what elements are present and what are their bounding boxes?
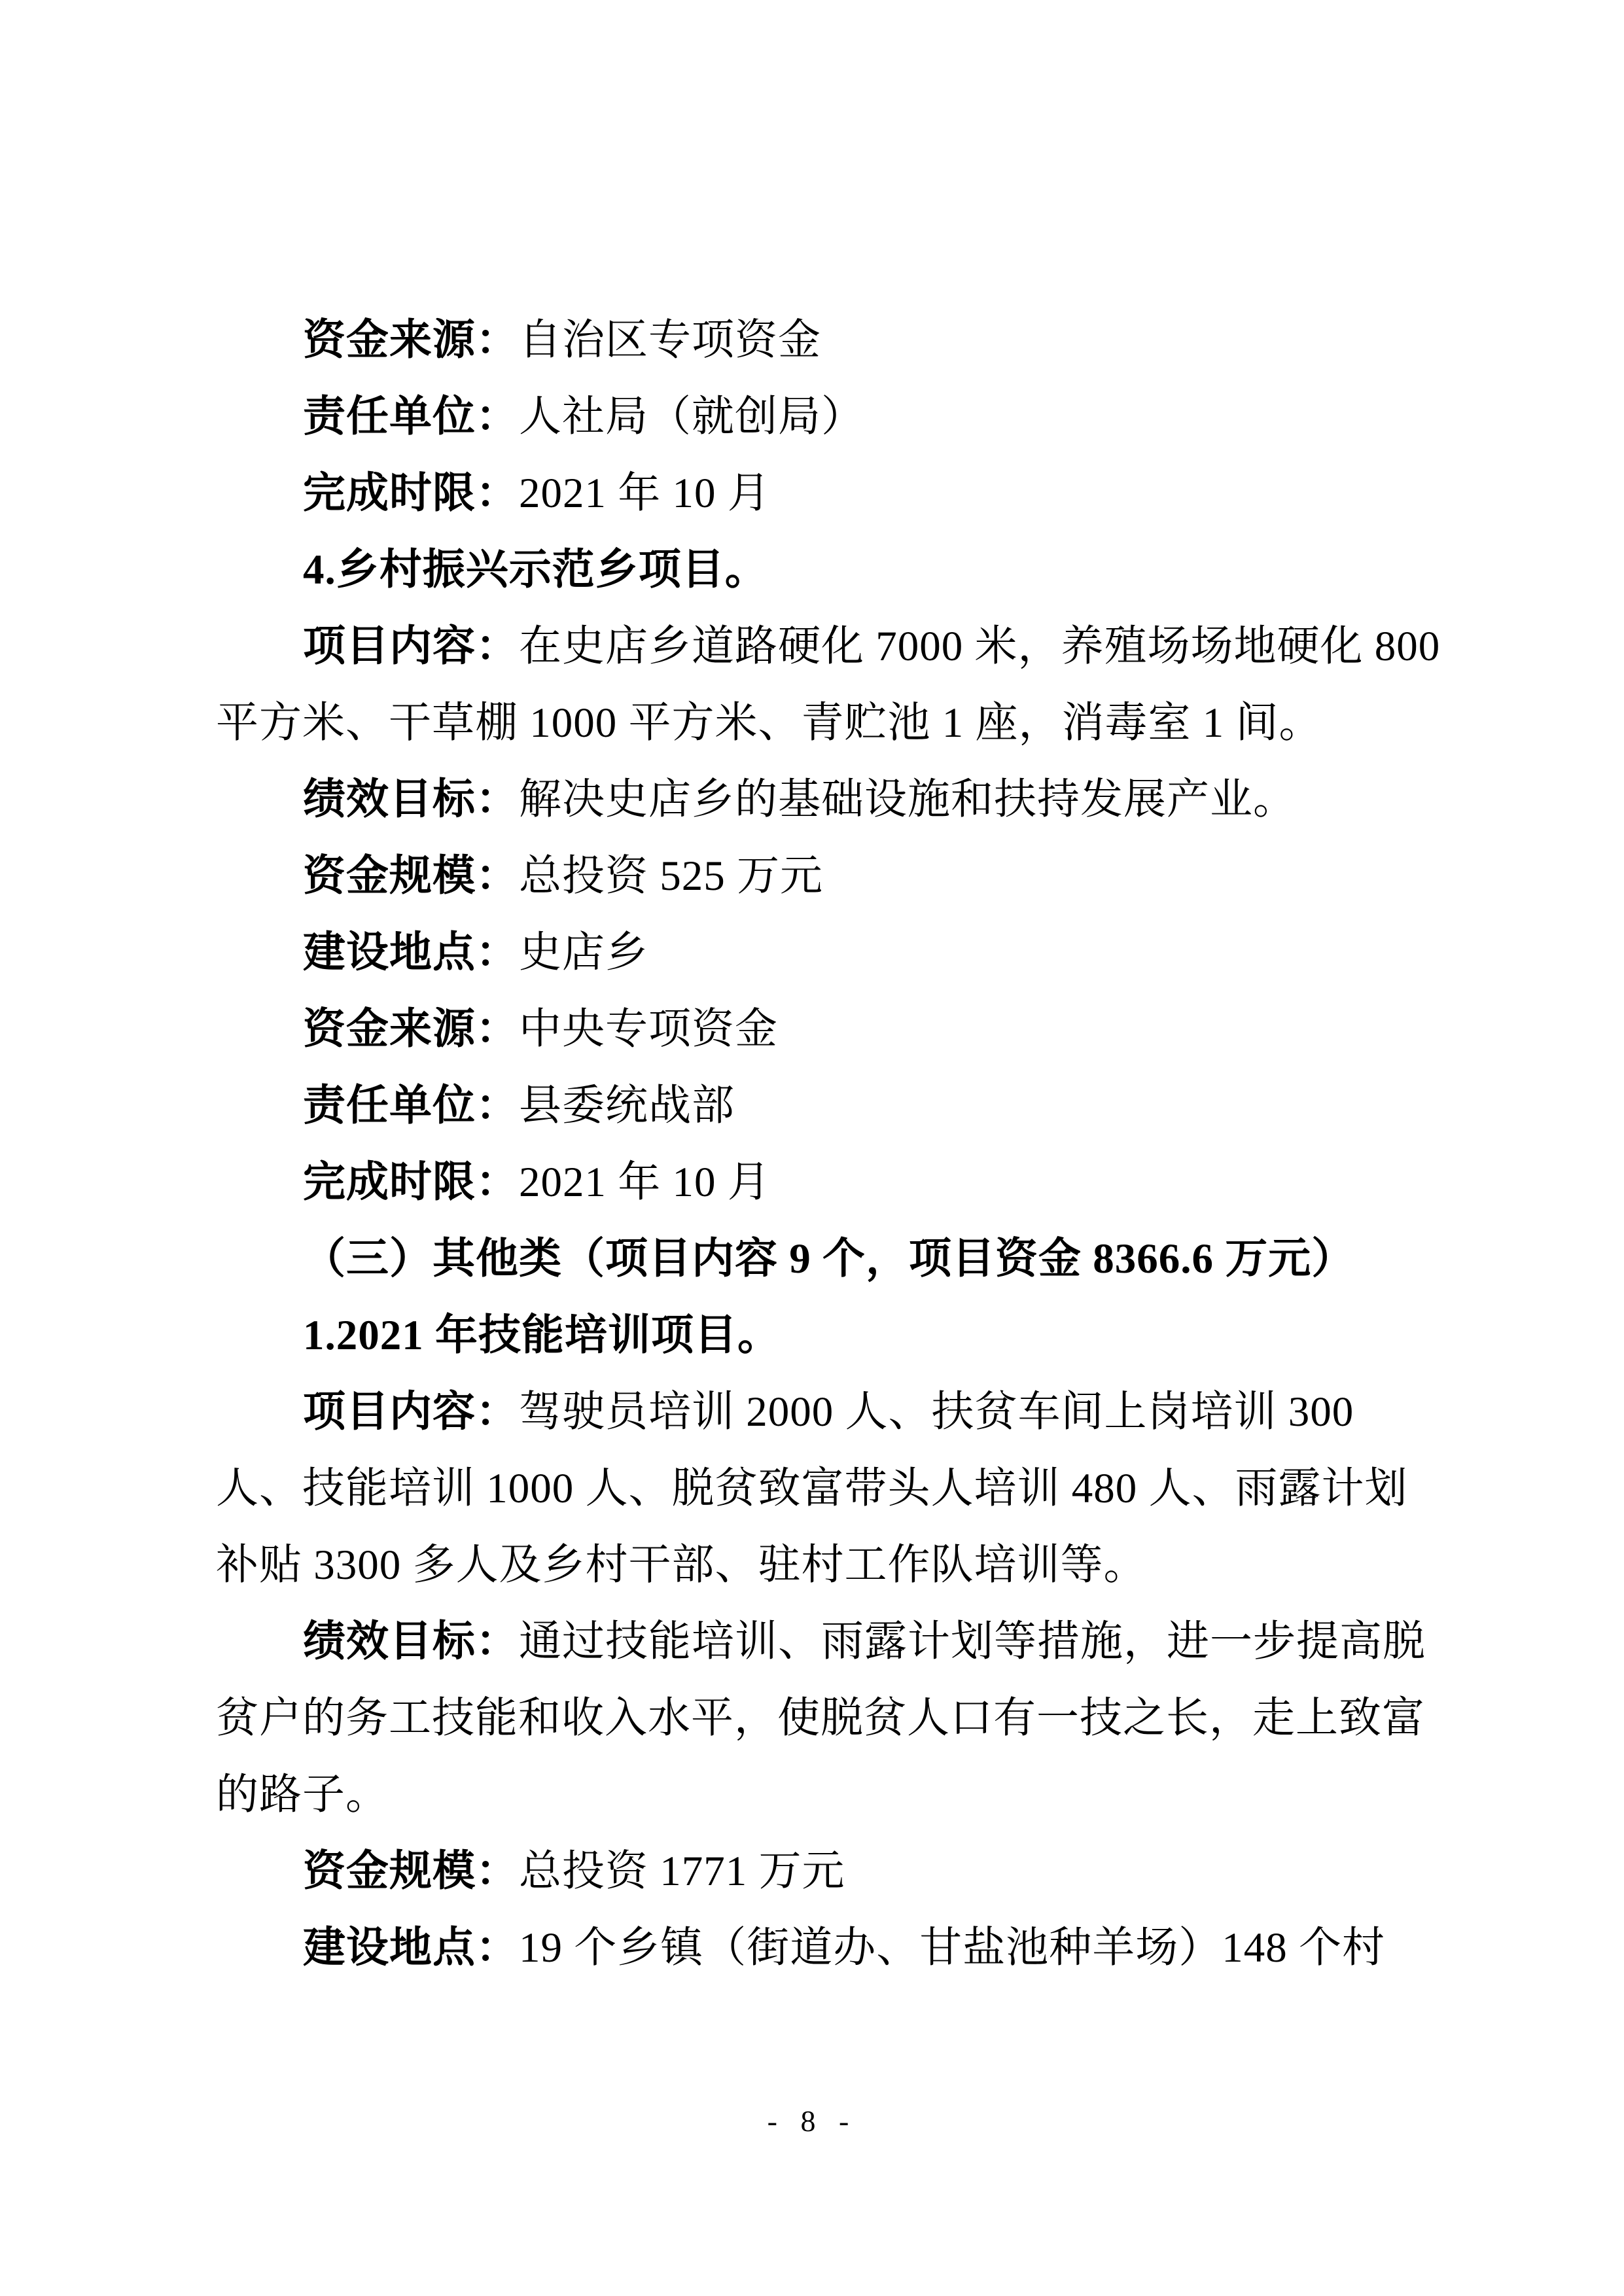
- field-label: 资金规模：: [303, 1848, 519, 1895]
- text-run: 人、技能培训 1000 人、脱贫致富带头人培训 480 人、雨露计划: [216, 1465, 1408, 1512]
- doc-line: 责任单位：人社局（就创局）: [216, 379, 1423, 455]
- text-run: 的路子。: [216, 1771, 389, 1818]
- doc-line: 资金来源：自治区专项资金: [216, 302, 1423, 379]
- field-value: 县委统战部: [519, 1082, 735, 1129]
- page-number: - 8 -: [0, 2102, 1624, 2141]
- field-value: 在史店乡道路硬化 7000 米，养殖场场地硬化 800: [519, 623, 1440, 670]
- doc-line: 绩效目标：解决史店乡的基础设施和扶持发展产业。: [216, 762, 1423, 838]
- field-value: 驾驶员培训 2000 人、扶贫车间上岗培训 300: [519, 1388, 1354, 1436]
- item-heading: 4.乡村振兴示范乡项目。: [303, 546, 768, 593]
- doc-line: 建设地点：19 个乡镇（街道办、甘盐池种羊场）148 个村: [216, 1910, 1423, 1987]
- text-run: 补贴 3300 多人及乡村干部、驻村工作队培训等。: [216, 1542, 1147, 1589]
- doc-line: 1.2021 年技能培训项目。: [216, 1298, 1423, 1374]
- doc-line: 完成时限：2021 年 10 月: [216, 455, 1423, 532]
- field-value: 通过技能培训、雨露计划等措施，进一步提高脱: [519, 1618, 1426, 1665]
- doc-line: 4.乡村振兴示范乡项目。: [216, 532, 1423, 609]
- text-run: 平方米、干草棚 1000 平方米、青贮池 1 座，消毒室 1 间。: [216, 699, 1322, 747]
- field-value: 自治区专项资金: [519, 317, 821, 364]
- doc-line: 人、技能培训 1000 人、脱贫致富带头人培训 480 人、雨露计划: [216, 1451, 1423, 1527]
- field-label: 资金规模：: [303, 853, 519, 900]
- field-label: 责任单位：: [303, 393, 519, 440]
- text-run: 贫户的务工技能和收入水平，使脱贫人口有一技之长，走上致富: [216, 1695, 1425, 1742]
- doc-line: 资金规模：总投资 1771 万元: [216, 1833, 1423, 1910]
- field-label: 责任单位：: [303, 1082, 519, 1129]
- field-label: 完成时限：: [303, 470, 519, 517]
- doc-line: 的路子。: [216, 1757, 1423, 1833]
- doc-line: 绩效目标：通过技能培训、雨露计划等措施，进一步提高脱: [216, 1604, 1423, 1680]
- doc-line: 项目内容：驾驶员培训 2000 人、扶贫车间上岗培训 300: [216, 1374, 1423, 1451]
- doc-line: 补贴 3300 多人及乡村干部、驻村工作队培训等。: [216, 1527, 1423, 1604]
- doc-line: 建设地点：史店乡: [216, 915, 1423, 991]
- field-label: 建设地点：: [303, 1924, 519, 1971]
- field-value: 中央专项资金: [519, 1006, 778, 1053]
- field-label: 资金来源：: [303, 317, 519, 364]
- field-value: 史店乡: [519, 929, 648, 976]
- field-value: 2021 年 10 月: [519, 1159, 771, 1206]
- document-page: 资金来源：自治区专项资金 责任单位：人社局（就创局） 完成时限：2021 年 1…: [0, 0, 1624, 2296]
- field-label: 项目内容：: [303, 1388, 519, 1436]
- doc-line: 贫户的务工技能和收入水平，使脱贫人口有一技之长，走上致富: [216, 1680, 1423, 1757]
- field-value: 总投资 525 万元: [519, 853, 823, 900]
- field-value: 解决史店乡的基础设施和扶持发展产业。: [519, 776, 1296, 823]
- section-heading: （三）其他类（项目内容 9 个，项目资金 8366.6 万元）: [303, 1235, 1354, 1282]
- item-heading: 1.2021 年技能培训项目。: [303, 1312, 781, 1359]
- field-value: 2021 年 10 月: [519, 470, 771, 517]
- field-value: 总投资 1771 万元: [519, 1848, 845, 1895]
- field-label: 项目内容：: [303, 623, 519, 670]
- field-label: 资金来源：: [303, 1006, 519, 1053]
- field-value: 人社局（就创局）: [519, 393, 864, 440]
- doc-line: 资金来源：中央专项资金: [216, 991, 1423, 1068]
- field-label: 建设地点：: [303, 929, 519, 976]
- doc-line: 完成时限：2021 年 10 月: [216, 1144, 1423, 1221]
- field-value: 19 个乡镇（街道办、甘盐池种羊场）148 个村: [519, 1924, 1385, 1971]
- doc-line: 责任单位：县委统战部: [216, 1068, 1423, 1144]
- doc-line: 平方米、干草棚 1000 平方米、青贮池 1 座，消毒室 1 间。: [216, 685, 1423, 762]
- field-label: 绩效目标：: [303, 776, 519, 823]
- field-label: 绩效目标：: [303, 1618, 519, 1665]
- field-label: 完成时限：: [303, 1159, 519, 1206]
- doc-line: （三）其他类（项目内容 9 个，项目资金 8366.6 万元）: [216, 1221, 1423, 1298]
- doc-line: 项目内容：在史店乡道路硬化 7000 米，养殖场场地硬化 800: [216, 609, 1423, 685]
- document-body: 资金来源：自治区专项资金 责任单位：人社局（就创局） 完成时限：2021 年 1…: [216, 302, 1423, 1987]
- doc-line: 资金规模：总投资 525 万元: [216, 838, 1423, 915]
